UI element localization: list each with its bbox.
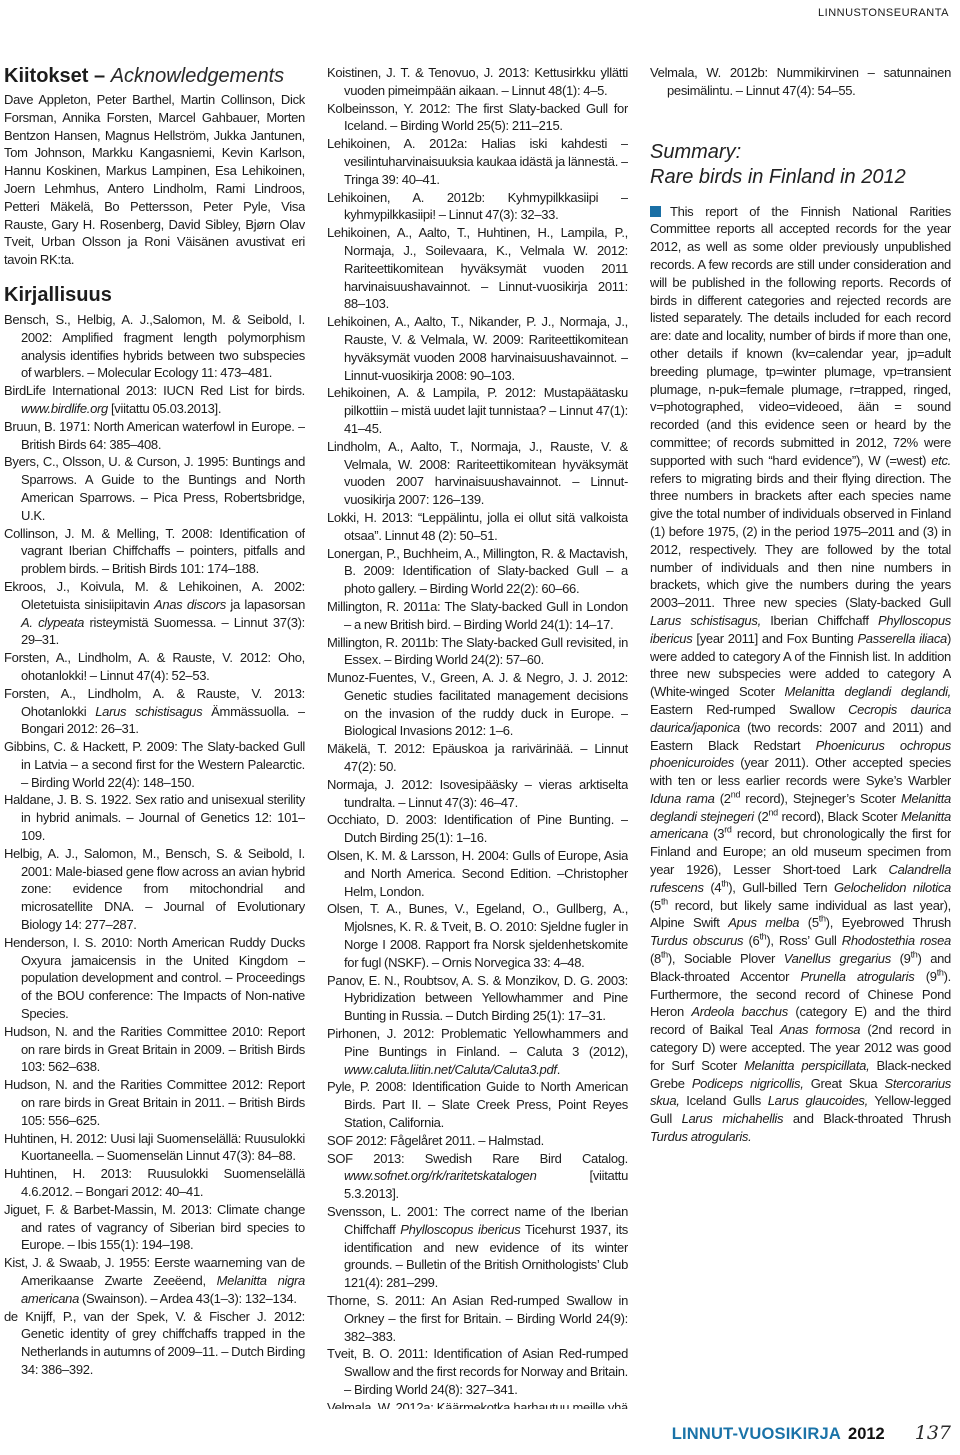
reference-item: Koistinen, J. T. & Tenovuo, J. 2013: Ket… xyxy=(327,64,628,100)
reference-list-col3: Velmala, W. 2012b: Nummikirvinen – satun… xyxy=(650,64,951,100)
column-2: Koistinen, J. T. & Tenovuo, J. 2013: Ket… xyxy=(327,64,628,1409)
reference-item: Lehikoinen, A. & Lampila, P. 2012: Musta… xyxy=(327,384,628,437)
bibliography-heading: Kirjallisuus xyxy=(4,283,305,307)
reference-item: Collinson, J. M. & Melling, T. 2008: Ide… xyxy=(4,525,305,578)
reference-item: Millington, R. 2011b: The Slaty-backed G… xyxy=(327,634,628,670)
reference-item: Hudson, N. and the Rarities Committee 20… xyxy=(4,1023,305,1076)
reference-item: Mäkelä, T. 2012: Epäuskoa ja rarivärinää… xyxy=(327,740,628,776)
reference-item: Lehikoinen, A. 2012b: Kyhmypilkkasiipi –… xyxy=(327,189,628,225)
footer-year: 2012 xyxy=(848,1425,885,1444)
reference-item: Pyle, P. 2008: Identification Guide to N… xyxy=(327,1078,628,1131)
reference-item: Helbig, A. J., Salomon, M., Bensch, S. &… xyxy=(4,845,305,934)
page-footer: LINNUT-VUOSIKIRJA 2012 137 xyxy=(672,1422,951,1444)
reference-item: Hudson, N. and the Rarities Committee 20… xyxy=(4,1076,305,1129)
acknowledgements-heading: Kiitokset – Acknowledgements xyxy=(4,64,305,88)
reference-item: Lindholm, A., Aalto, T., Normaja, J., Ra… xyxy=(327,438,628,509)
reference-item: Olsen, T. A., Bunes, V., Egeland, O., Gu… xyxy=(327,900,628,971)
reference-item: Bensch, S., Helbig, A. J.,Salomon, M. & … xyxy=(4,311,305,382)
reference-item: Thorne, S. 2011: An Asian Red-rumped Swa… xyxy=(327,1292,628,1345)
reference-item: Bruun, B. 1971: North American waterfowl… xyxy=(4,418,305,454)
reference-item: Velmala, W. 2012a: Käärmekotka harhautuu… xyxy=(327,1399,628,1409)
reference-item: Pirhonen, J. 2012: Problematic Yellowham… xyxy=(327,1025,628,1078)
reference-item: SOF 2013: Swedish Rare Bird Catalog. www… xyxy=(327,1150,628,1203)
reference-item: Tveit, B. O. 2011: Identification of Asi… xyxy=(327,1345,628,1398)
reference-item: Lehikoinen, A. 2012a: Halias iski kahdes… xyxy=(327,135,628,188)
acknowledgements-title-en: Acknowledgements xyxy=(111,65,284,87)
reference-item: de Knijff, P., van der Spek, V. & Fische… xyxy=(4,1308,305,1379)
square-bullet-icon xyxy=(650,206,661,217)
reference-item: Occhiato, D. 2003: Identification of Pin… xyxy=(327,811,628,847)
reference-list-col2: Koistinen, J. T. & Tenovuo, J. 2013: Ket… xyxy=(327,64,628,1409)
reference-item: SOF 2012: Fågelåret 2011. – Halmstad. xyxy=(327,1132,628,1150)
reference-item: Munoz-Fuentes, V., Green, A. J. & Negro,… xyxy=(327,669,628,740)
reference-item: Lehikoinen, A., Aalto, T., Nikander, P. … xyxy=(327,313,628,384)
summary-text: This report of the Finnish National Rari… xyxy=(650,203,951,1146)
reference-item: Kist, J. & Swaab, J. 1955: Eerste waarne… xyxy=(4,1254,305,1307)
reference-item: Gibbins, C. & Hackett, P. 2009: The Slat… xyxy=(4,738,305,791)
summary-heading: Summary:Rare birds in Finland in 2012 xyxy=(650,140,951,190)
reference-item: Henderson, I. S. 2010: North American Ru… xyxy=(4,934,305,1023)
reference-item: Byers, C., Olsson, U. & Curson, J. 1995:… xyxy=(4,453,305,524)
reference-item: Forsten, A., Lindholm, A. & Rauste, V. 2… xyxy=(4,685,305,738)
reference-item: Svensson, L. 2001: The correct name of t… xyxy=(327,1203,628,1292)
summary-heading-line1: Summary: xyxy=(650,141,741,163)
reference-item: Panov, E. N., Roubtsov, A. S. & Monzikov… xyxy=(327,972,628,1025)
reference-list-col1: Bensch, S., Helbig, A. J.,Salomon, M. & … xyxy=(4,311,305,1379)
three-column-layout: Kiitokset – Acknowledgements Dave Applet… xyxy=(4,64,951,1409)
column-3: Velmala, W. 2012b: Nummikirvinen – satun… xyxy=(650,64,951,1409)
reference-item: Jiguet, F. & Barbet-Massin, M. 2013: Cli… xyxy=(4,1201,305,1254)
footer-journal-title: LINNUT-VUOSIKIRJA xyxy=(672,1425,841,1444)
column-1: Kiitokset – Acknowledgements Dave Applet… xyxy=(4,64,305,1409)
summary-text-body: This report of the Finnish National Rari… xyxy=(650,204,951,1144)
reference-item: Kolbeinsson, Y. 2012: The first Slaty-ba… xyxy=(327,100,628,136)
running-header: LINNUSTONSEURANTA xyxy=(818,7,949,19)
summary-heading-line2: Rare birds in Finland in 2012 xyxy=(650,166,906,188)
reference-item: Huhtinen, H. 2012: Uusi laji Suomenseläl… xyxy=(4,1130,305,1166)
acknowledgements-title-fi: Kiitokset xyxy=(4,65,88,87)
acknowledgements-text: Dave Appleton, Peter Barthel, Martin Col… xyxy=(4,91,305,269)
reference-item: Millington, R. 2011a: The Slaty-backed G… xyxy=(327,598,628,634)
footer-page-number: 137 xyxy=(915,1422,951,1444)
reference-item: Lonergan, P., Buchheim, A., Millington, … xyxy=(327,545,628,598)
reference-item: Olsen, K. M. & Larsson, H. 2004: Gulls o… xyxy=(327,847,628,900)
reference-item: Lokki, H. 2013: “Leppälintu, jolla ei ol… xyxy=(327,509,628,545)
reference-item: Ekroos, J., Koivula, M. & Lehikoinen, A.… xyxy=(4,578,305,649)
reference-item: Haldane, J. B. S. 1922. Sex ratio and un… xyxy=(4,791,305,844)
reference-item: Lehikoinen, A., Aalto, T., Huhtinen, H.,… xyxy=(327,224,628,313)
reference-item: Normaja, J. 2012: Isovesipääsky – vieras… xyxy=(327,776,628,812)
reference-item: BirdLife International 2013: IUCN Red Li… xyxy=(4,382,305,418)
reference-item: Forsten, A., Lindholm, A. & Rauste, V. 2… xyxy=(4,649,305,685)
acknowledgements-title-dash: – xyxy=(94,65,105,87)
reference-item: Velmala, W. 2012b: Nummikirvinen – satun… xyxy=(650,64,951,100)
reference-item: Huhtinen, H. 2013: Ruusulokki Suomenselä… xyxy=(4,1165,305,1201)
